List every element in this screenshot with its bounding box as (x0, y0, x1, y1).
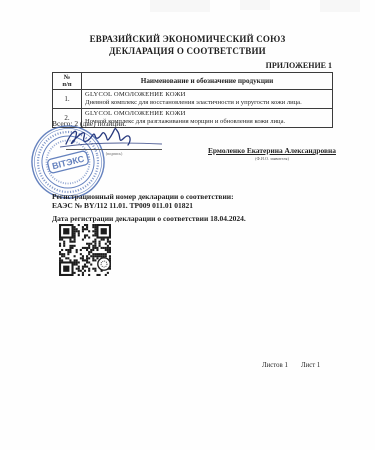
row-number: 1. (53, 90, 82, 109)
column-header-name: Наименование и обозначение продукции (82, 73, 333, 90)
sheets-total-label: Листов 1 (262, 362, 288, 369)
num-header-line2: п/п (62, 81, 71, 88)
num-header-line1: № (64, 74, 71, 81)
annex-label: ПРИЛОЖЕНИЕ 1 (266, 61, 332, 70)
signature-line (66, 149, 162, 150)
qr-code (59, 224, 111, 276)
registration-number-label: Регистрационный номер декларации о соотв… (52, 192, 234, 201)
registration-date-line: Дата регистрации декларации о соответств… (52, 214, 246, 223)
declarant-name-caption: (Ф.И.О. заявителя) (198, 156, 346, 161)
product-name: GLYCOL ОМОЛОЖЕНИЕ КОЖИ (85, 91, 329, 99)
column-header-number: № п/п (53, 73, 82, 90)
document-page: ЕВРАЗИЙСКИЙ ЭКОНОМИЧЕСКИЙ СОЮЗ ДЕКЛАРАЦИ… (0, 0, 375, 450)
row-product: GLYCOL ОМОЛОЖЕНИЕ КОЖИ Дневной комплекс … (82, 90, 333, 109)
declarant-name: Ермоленко Екатерина Александровна (198, 146, 346, 155)
signature-caption: (подпись) (66, 151, 162, 156)
registration-number-value: ЕАЭС № BY/112 11.01. ТР009 011.01 01821 (52, 201, 193, 210)
table-header-row: № п/п Наименование и обозначение продукц… (53, 73, 333, 90)
scan-artifact (240, 0, 270, 10)
document-title: ЕВРАЗИЙСКИЙ ЭКОНОМИЧЕСКИЙ СОЮЗ ДЕКЛАРАЦИ… (0, 33, 375, 57)
title-line-union: ЕВРАЗИЙСКИЙ ЭКОНОМИЧЕСКИЙ СОЮЗ (0, 33, 375, 45)
product-description: Дневной комплекс для восстановления элас… (85, 99, 302, 106)
table-row: 1. GLYCOL ОМОЛОЖЕНИЕ КОЖИ Дневной компле… (53, 90, 333, 109)
scan-artifact (150, 0, 210, 12)
sheet-number-label: Лист 1 (301, 362, 320, 369)
title-line-declaration: ДЕКЛАРАЦИЯ О СООТВЕТСТВИИ (0, 45, 375, 57)
scan-artifact (320, 0, 360, 12)
product-name: GLYCOL ОМОЛОЖЕНИЕ КОЖИ (85, 110, 329, 118)
handwritten-signature (58, 124, 168, 152)
